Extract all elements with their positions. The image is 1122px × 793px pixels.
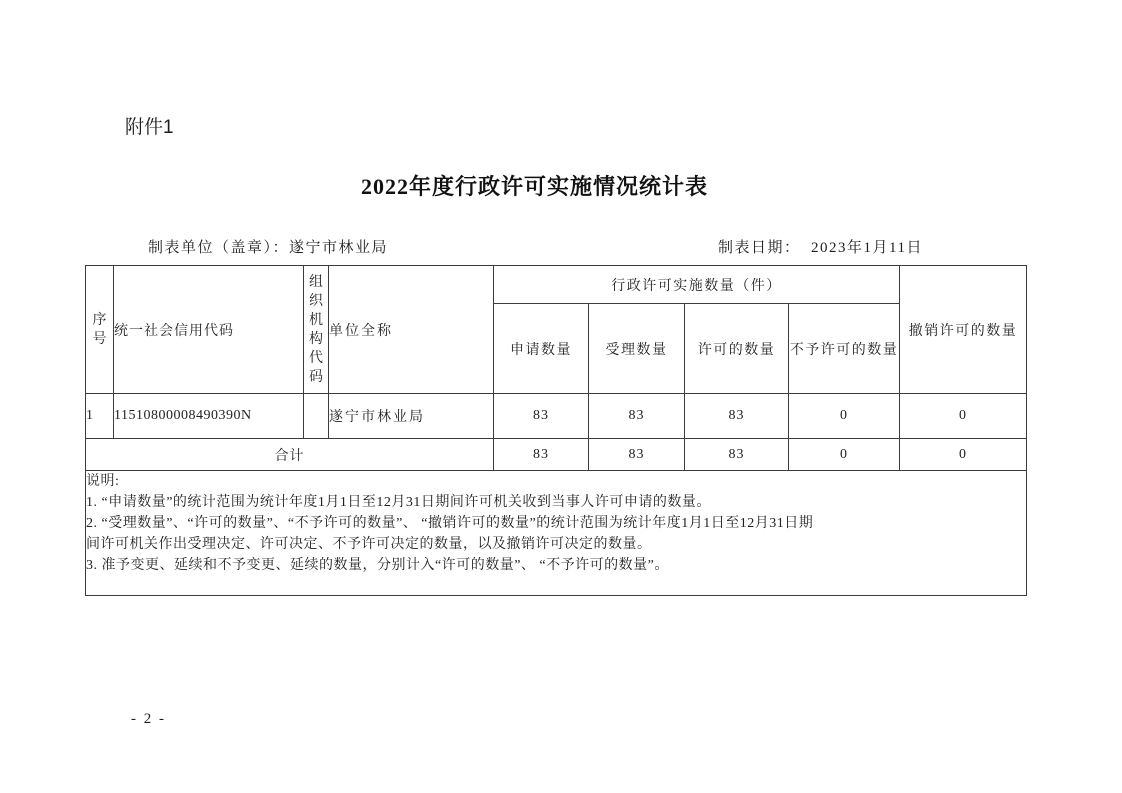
col-header-licensed: 许可的数量 [685, 304, 789, 394]
col-header-accepted: 受理数量 [589, 304, 685, 394]
cell-accepted: 83 [589, 394, 685, 439]
col-header-implementation-group: 行政许可实施数量（件） [494, 266, 900, 304]
document-title: 2022年度行政许可实施情况统计表 [64, 170, 1005, 201]
note-line: 2. “受理数量”、“许可的数量”、“不予许可的数量”、 “撤销许可的数量”的统… [86, 513, 1026, 534]
attachment-label: 附件1 [125, 112, 174, 139]
total-row: 合计 83 83 83 0 0 [86, 439, 1027, 471]
notes-row: 说明: 1. “申请数量”的统计范围为统计年度1月1日至12月31日期间许可机关… [86, 471, 1027, 596]
col-header-applied: 申请数量 [494, 304, 589, 394]
table-header-row-1: 序号 统一社会信用代码 组织机构代码 单位全称 行政许可实施数量（件） 撤销许可… [86, 266, 1027, 304]
col-header-revoked: 撤销许可的数量 [900, 266, 1027, 394]
col-header-credit-code: 统一社会信用代码 [114, 266, 304, 394]
total-denied: 0 [789, 439, 900, 471]
total-applied: 83 [494, 439, 589, 471]
prepared-by-label: 制表单位（盖章）：遂宁市林业局 [148, 236, 388, 257]
document-page: 附件1 2022年度行政许可实施情况统计表 制表单位（盖章）：遂宁市林业局 制表… [0, 0, 1122, 793]
cell-licensed: 83 [685, 394, 789, 439]
total-revoked: 0 [900, 439, 1027, 471]
col-header-seq: 序号 [86, 266, 114, 394]
cell-seq: 1 [86, 394, 114, 439]
note-line: 间许可机关作出受理决定、许可决定、不予许可决定的数量，以及撤销许可决定的数量。 [86, 534, 1026, 555]
cell-org-code [304, 394, 329, 439]
col-header-org-code: 组织机构代码 [304, 266, 329, 394]
table-row: 1 11510800008490390N 遂宁市林业局 83 83 83 0 0 [86, 394, 1027, 439]
total-accepted: 83 [589, 439, 685, 471]
note-line: 1. “申请数量”的统计范围为统计年度1月1日至12月31日期间许可机关收到当事… [86, 492, 1026, 513]
col-header-denied: 不予许可的数量 [789, 304, 900, 394]
total-licensed: 83 [685, 439, 789, 471]
total-label: 合计 [86, 439, 494, 471]
statistics-table: 序号 统一社会信用代码 组织机构代码 单位全称 行政许可实施数量（件） 撤销许可… [85, 265, 1027, 596]
report-date-label: 制表日期： 2023年1月11日 [718, 236, 923, 257]
cell-credit-code: 11510800008490390N [114, 394, 304, 439]
col-header-unit-name: 单位全称 [329, 266, 494, 394]
cell-denied: 0 [789, 394, 900, 439]
notes-cell: 说明: 1. “申请数量”的统计范围为统计年度1月1日至12月31日期间许可机关… [86, 471, 1027, 596]
cell-unit-name: 遂宁市林业局 [329, 394, 494, 439]
page-number: - 2 - [131, 711, 166, 728]
note-line: 3. 准予变更、延续和不予变更、延续的数量，分别计入“许可的数量”、 “不予许可… [86, 555, 1026, 576]
notes-title: 说明: [86, 471, 1026, 492]
cell-applied: 83 [494, 394, 589, 439]
cell-revoked: 0 [900, 394, 1027, 439]
